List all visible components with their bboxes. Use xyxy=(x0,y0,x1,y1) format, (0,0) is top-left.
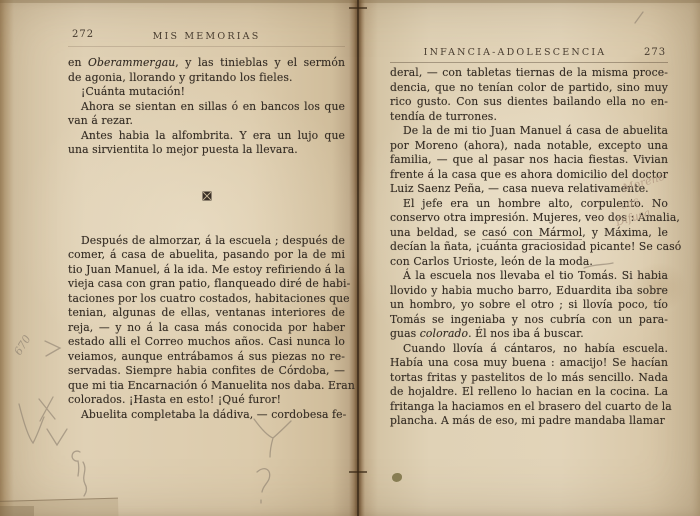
text-line: de agonia, llorando y gritando los fiele… xyxy=(68,71,345,86)
page-corner-shadow xyxy=(0,506,34,516)
text-line: Abuelita completaba la dádiva, — cordobe… xyxy=(68,408,345,423)
text-line: Antes habia la alfombrita. Y era un lujo… xyxy=(68,129,345,144)
text-line: un hombro, yo sobre el otro ; si llovía … xyxy=(390,298,668,313)
text-line: colorados. ¡Hasta en esto! ¡Qué furor! xyxy=(68,393,345,408)
text-line: Tomás se ingeniaba y nos cubría con un p… xyxy=(390,313,668,328)
text-line: Á la escuela nos llevaba el tio Tomás. S… xyxy=(390,269,668,284)
text-line: tio Juan Manuel, á la ida. Me estoy refi… xyxy=(68,263,345,278)
book-gutter xyxy=(357,0,359,516)
gutter-crease-top xyxy=(349,7,367,9)
text-line: decían la ñata, ¡cuánta graciosidad pica… xyxy=(390,240,668,255)
text-line: comer, á casa de abuelita, pasando por l… xyxy=(68,248,345,263)
text-line: fritanga la haciamos en el brasero del c… xyxy=(390,400,668,415)
text-line: reja, — y no á la casa más conocida por … xyxy=(68,321,345,336)
right-page-text: deral, — con tabletas tiernas de la mism… xyxy=(390,66,668,429)
pencil-number-note: 670 xyxy=(12,333,34,358)
pencil-question-mark xyxy=(257,469,270,503)
text-line: guas colorado. Él nos iba á buscar. xyxy=(390,327,668,342)
text-line: frente á la casa que es ahora domicilio … xyxy=(390,168,668,183)
text-line: rico gusto. Con sus dientes bailando ell… xyxy=(390,95,668,110)
paragraph-block: deral, — con tabletas tiernas de la mism… xyxy=(390,66,668,429)
pencil-arrow-mark xyxy=(45,341,60,356)
paragraph-block: Después de almorzar, á la escuela ; desp… xyxy=(68,234,345,423)
text-line: en Oberammergau, y las tinieblas y el se… xyxy=(68,56,345,71)
left-page-text: en Oberammergau, y las tinieblas y el se… xyxy=(68,56,345,422)
section-break xyxy=(68,158,345,234)
text-line: plancha. A más de eso, mi padre mandaba … xyxy=(390,414,668,429)
text-line: Cuando llovía á cántaros, no había escue… xyxy=(390,342,668,357)
text-line: una beldad, se casó con Mármol, y Máxima… xyxy=(390,226,668,241)
text-line: van á rezar. xyxy=(68,114,345,129)
text-line: taciones por los cuatro costados, habita… xyxy=(68,292,345,307)
header-rule-right xyxy=(390,62,668,63)
text-line: tenian, algunas de ellas, ventanas inter… xyxy=(68,306,345,321)
pencil-cross-mark xyxy=(39,397,55,421)
book-scan: 272 MIS MEMORIAS en Oberammergau, y las … xyxy=(0,0,700,516)
pencil-squiggle xyxy=(83,462,87,496)
text-line: servadas. Siempre habia confites de Córd… xyxy=(68,364,345,379)
text-line: con Carlos Urioste, león de la moda. xyxy=(390,255,668,270)
text-line: deral, — con tabletas tiernas de la mism… xyxy=(390,66,668,81)
running-header-right: INFANCIA-ADOLESCENCIA xyxy=(390,47,640,58)
text-line: conservo otra impresión. Mujeres, veo do… xyxy=(390,211,668,226)
text-line: familia, — que al pasar nos hacia fiesta… xyxy=(390,153,668,168)
ink-spot xyxy=(392,473,402,482)
header-rule-left xyxy=(68,46,345,47)
running-header-left: MIS MEMORIAS xyxy=(68,31,345,42)
section-break-ornament xyxy=(202,191,212,201)
text-line: Ahora se sientan en sillas ó en bancos l… xyxy=(68,100,345,115)
text-line: Había una cosa muy buena : amacijo! Se h… xyxy=(390,356,668,371)
text-line: De la de mi tio Juan Manuel á casa de ab… xyxy=(390,124,668,139)
text-line: de hojaldre. El relleno lo hacian en la … xyxy=(390,385,668,400)
page-number-right: 273 xyxy=(644,47,666,58)
text-line: veiamos, aunque entrábamos á sus piezas … xyxy=(68,350,345,365)
text-line: llovido y habia mucho barro, Eduardita i… xyxy=(390,284,668,299)
pencil-y-mark xyxy=(254,419,291,457)
text-line: ¡Cuánta mutación! xyxy=(68,85,345,100)
text-line: que mi tia Encarnación ó Manuelita nos d… xyxy=(68,379,345,394)
text-line: Luiz Saenz Peña, — casa nueva relativame… xyxy=(390,182,668,197)
text-line: una sirvientita lo mejor puesta la lleva… xyxy=(68,143,345,158)
text-line: tendía de turrones. xyxy=(390,110,668,125)
text-line: tortas fritas y pastelitos de lo más sen… xyxy=(390,371,668,386)
page-top-edge xyxy=(0,0,700,3)
paragraph-block: en Oberammergau, y las tinieblas y el se… xyxy=(68,56,345,158)
pencil-slash-mark xyxy=(635,12,643,23)
gutter-crease-bottom xyxy=(349,471,367,473)
pencil-check-mark-2 xyxy=(47,429,67,445)
pencil-check-mark xyxy=(19,404,44,443)
text-line: Después de almorzar, á la escuela ; desp… xyxy=(68,234,345,249)
text-line: El jefe era un hombre alto, corpulento. … xyxy=(390,197,668,212)
text-line: por Moreno (ahora), nada notable, except… xyxy=(390,139,668,154)
text-line: vieja casa con gran patio, flanqueado di… xyxy=(68,277,345,292)
text-line: dencia, que no tenían color de partido, … xyxy=(390,81,668,96)
text-line: estado alli el Correo muchos años. Casi … xyxy=(68,335,345,350)
pencil-figure-nine xyxy=(72,451,80,476)
